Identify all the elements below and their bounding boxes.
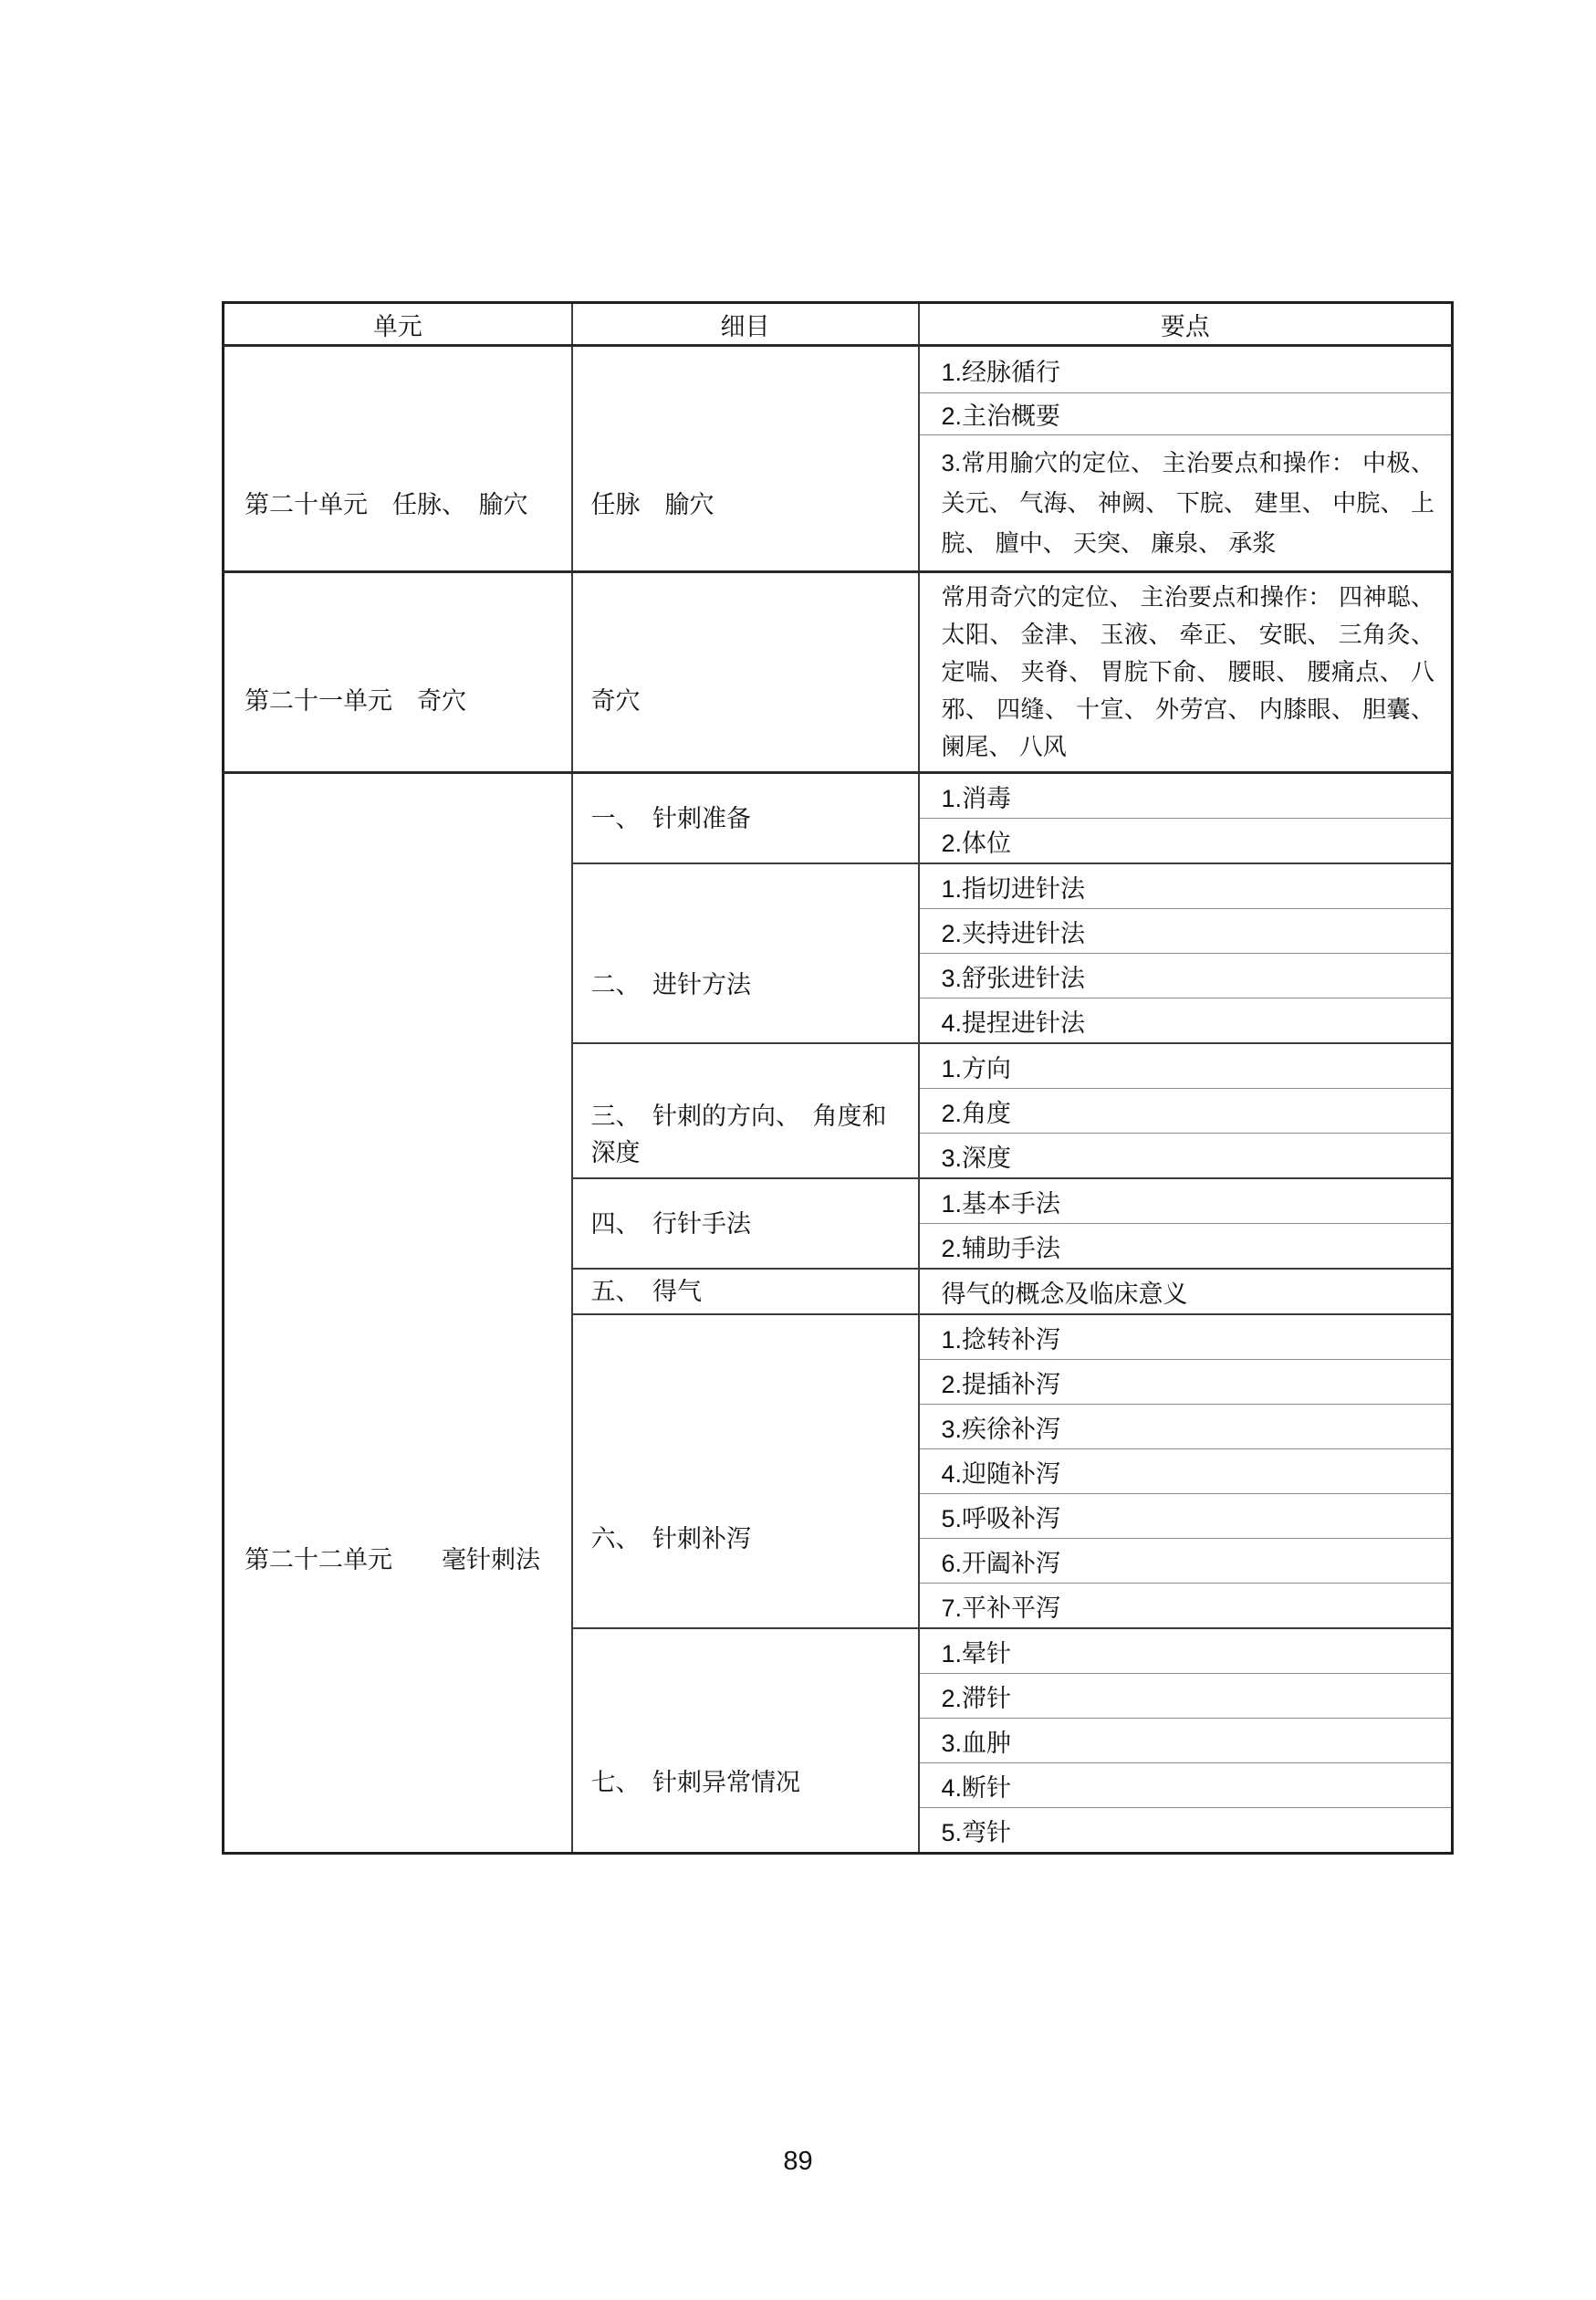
unit-22-label: 第二十二单元 毫针刺法 [224,773,572,1854]
keypoint-cell: 2.滞针 [919,1674,1453,1719]
keypoint-cell: 1.指切进针法 [919,863,1453,909]
table-row: 第二十一单元 奇穴 奇穴 常用奇穴的定位、 主治要点和操作： 四神聪、 太阳、 … [224,572,1453,773]
syllabus-table: 单元 细目 要点 第二十单元 任脉、 腧穴 任脉 腧穴 1.经脉循行 2.主治概… [222,301,1454,1855]
keypoint-cell: 1.经脉循行 [919,346,1453,393]
keypoint-cell: 3.常用腧穴的定位、 主治要点和操作： 中极、 关元、 气海、 神阙、 下脘、 … [919,435,1453,572]
keypoint-cell: 1.方向 [919,1043,1453,1089]
keypoint-cell: 2.主治概要 [919,393,1453,435]
unit-20-label: 第二十单元 任脉、 腧穴 [224,346,572,572]
keypoint-cell: 4.迎随补泻 [919,1449,1453,1494]
keypoint-cell: 1.晕针 [919,1628,1453,1674]
keypoint-cell: 常用奇穴的定位、 主治要点和操作： 四神聪、 太阳、 金津、 玉液、 牵正、 安… [919,572,1453,773]
detail-zhenci-buxie: 六、 针刺补泻 [572,1314,919,1628]
keypoint-cell: 2.体位 [919,819,1453,864]
column-header-unit: 单元 [224,303,572,346]
keypoint-cell: 2.提插补泻 [919,1360,1453,1405]
document-page: 单元 细目 要点 第二十单元 任脉、 腧穴 任脉 腧穴 1.经脉循行 2.主治概… [0,0,1596,2300]
keypoint-cell: 2.角度 [919,1089,1453,1134]
keypoint-cell: 3.血肿 [919,1719,1453,1763]
keypoint-cell: 得气的概念及临床意义 [919,1269,1453,1314]
keypoint-cell: 6.开阖补泻 [919,1539,1453,1584]
keypoint-cell: 3.深度 [919,1134,1453,1179]
column-header-detail: 细目 [572,303,919,346]
keypoint-cell: 1.消毒 [919,773,1453,819]
table-row: 第二十二单元 毫针刺法 一、 针刺准备 1.消毒 [224,773,1453,819]
keypoint-cell: 4.断针 [919,1763,1453,1808]
detail-zhenci-zhunbei: 一、 针刺准备 [572,773,919,864]
detail-deqi: 五、 得气 [572,1269,919,1314]
keypoint-cell: 3.舒张进针法 [919,954,1453,998]
detail-jinzhen-fangfa: 二、 进针方法 [572,863,919,1043]
keypoint-cell: 1.捻转补泻 [919,1314,1453,1360]
table-header-row: 单元 细目 要点 [224,303,1453,346]
keypoint-cell: 5.呼吸补泻 [919,1494,1453,1539]
unit-21-label: 第二十一单元 奇穴 [224,572,572,773]
detail-qixue: 奇穴 [572,572,919,773]
keypoint-cell: 1.基本手法 [919,1178,1453,1224]
column-header-keypoints: 要点 [919,303,1453,346]
detail-xingzhen-shoufa: 四、 行针手法 [572,1178,919,1269]
page-number: 89 [0,2147,1596,2177]
keypoint-cell: 4.提捏进针法 [919,998,1453,1044]
keypoint-cell: 2.辅助手法 [919,1224,1453,1270]
detail-renmai-shuxue: 任脉 腧穴 [572,346,919,572]
table-row: 第二十单元 任脉、 腧穴 任脉 腧穴 1.经脉循行 [224,346,1453,393]
keypoint-cell: 5.弯针 [919,1808,1453,1854]
keypoint-cell: 2.夹持进针法 [919,909,1453,954]
keypoint-cell: 3.疾徐补泻 [919,1405,1453,1449]
keypoint-cell: 7.平补平泻 [919,1584,1453,1629]
detail-zhenci-yichang: 七、 针刺异常情况 [572,1628,919,1854]
detail-fangxiang-jiaodu-shendu: 三、 针刺的方向、 角度和深度 [572,1043,919,1178]
